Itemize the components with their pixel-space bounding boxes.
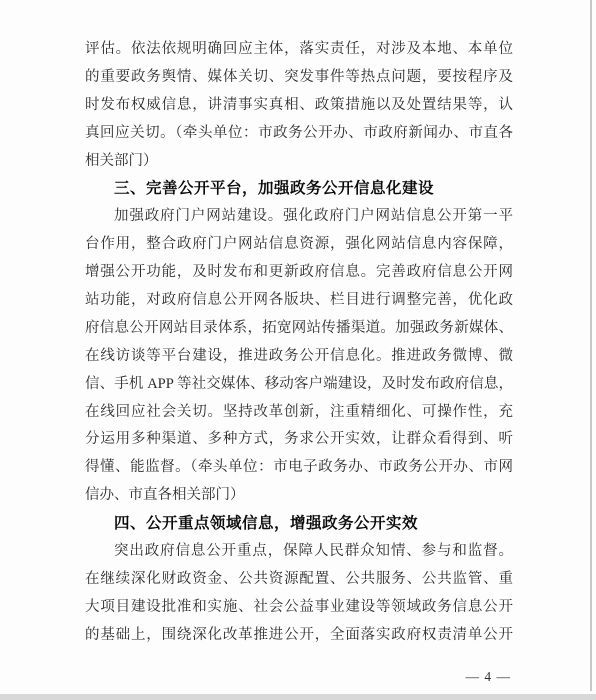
- document-line: 增强公开功能，及时发布和更新政府信息。完善政府信息公开网: [85, 259, 513, 287]
- document-line: 的重要政务舆情、媒体关切、突发事件等热点问题，要按程序及: [85, 64, 513, 92]
- document-line: 在线访谈等平台建设，推进政务公开信息化。推进政务微博、微: [85, 343, 513, 371]
- document-line: 台作用，整合政府门户网站信息资源，强化网站信息内容保障，: [85, 231, 513, 259]
- document-line: 得懂、能监督。（牵头单位：市电子政务办、市政务公开办、市网: [85, 454, 513, 482]
- document-line: 信、手机 APP 等社交媒体、移动客户端建设，及时发布政府信息，: [85, 371, 513, 399]
- document-line: 分运用多种渠道、多种方式，务求公开实效，让群众看得到、听: [85, 426, 513, 454]
- document-line: 加强政府门户网站建设。强化政府门户网站信息公开第一平: [85, 203, 513, 231]
- scan-edge-bottom: [0, 694, 596, 700]
- document-line: 在线回应社会关切。坚持改革创新，注重精细化、可操作性，充: [85, 399, 513, 427]
- document-line: 站功能，对政府信息公开网各版块、栏目进行调整完善，优化政: [85, 287, 513, 315]
- section-heading: 四、公开重点领域信息，增强政务公开实效: [85, 510, 513, 538]
- document-line: 相关部门）: [85, 148, 513, 176]
- document-line: 信办、市直各相关部门）: [85, 482, 513, 510]
- scan-edge-right: [590, 0, 592, 691]
- document-line: 府信息公开网站目录体系，拓宽网站传播渠道。加强政务新媒体、: [85, 315, 513, 343]
- document-line: 时发布权威信息，讲清事实真相、政策措施以及处置结果等，认: [85, 92, 513, 120]
- document-line: 真回应关切。（牵头单位：市政务公开办、市政府新闻办、市直各: [85, 120, 513, 148]
- document-line: 在继续深化财政资金、公共资源配置、公共服务、公共监管、重: [85, 566, 513, 594]
- document-body: 评估。依法依规明确回应主体，落实责任，对涉及本地、本单位的重要政务舆情、媒体关切…: [85, 36, 513, 690]
- section-heading: 三、完善公开平台，加强政务公开信息化建设: [85, 175, 513, 203]
- scanned-document-page: 评估。依法依规明确回应主体，落实责任，对涉及本地、本单位的重要政务舆情、媒体关切…: [0, 0, 596, 700]
- page-number: — 4 —: [85, 663, 513, 691]
- document-line: 的基础上，围绕深化改革推进公开，全面落实政府权责清单公开: [85, 622, 513, 650]
- document-line: 评估。依法依规明确回应主体，落实责任，对涉及本地、本单位: [85, 36, 513, 64]
- document-line: 大项目建设批准和实施、社会公益事业建设等领域政务信息公开: [85, 594, 513, 622]
- document-line: 突出政府信息公开重点，保障人民群众知情、参与和监督。: [85, 538, 513, 566]
